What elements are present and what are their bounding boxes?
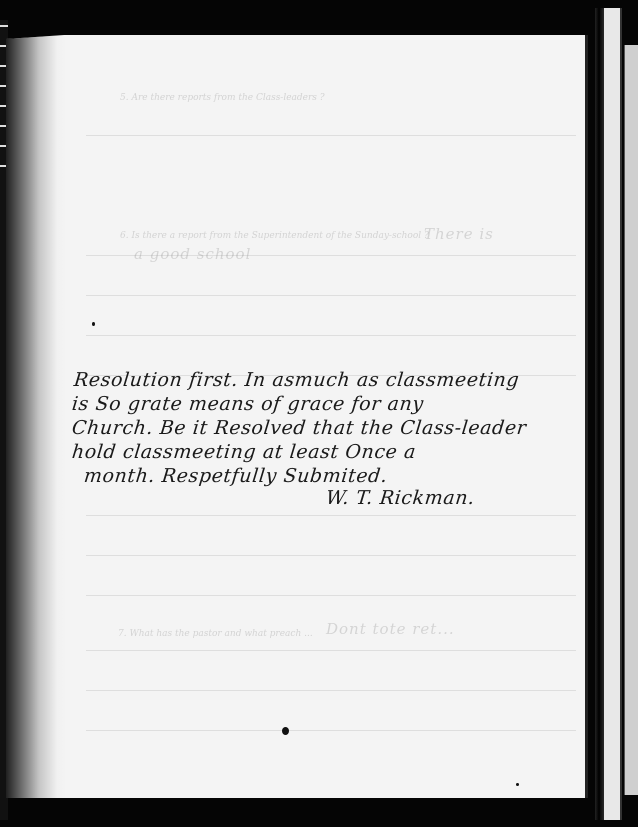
resolution-line-5: month. Respetfully Submited. xyxy=(83,465,389,487)
question-text: What has the pastor and what preach ... xyxy=(129,629,312,639)
ruled-line xyxy=(86,730,576,731)
page-right-edge xyxy=(585,35,588,798)
question-number: 6. xyxy=(120,231,129,241)
faint-answer: a good school xyxy=(134,245,251,263)
signature: W. T. Rickman. xyxy=(325,487,476,509)
resolution-line-3: Church. Be it Resolved that the Class-le… xyxy=(71,417,528,439)
ruled-line xyxy=(86,650,576,651)
faint-answer: Dont tote ret... xyxy=(326,620,455,638)
ledger-page: 5. Are there reports from the Class-lead… xyxy=(6,35,588,798)
ink-speck xyxy=(92,322,95,326)
question-number: 7. xyxy=(118,629,127,639)
resolution-line-4: hold classmeeting at least Once a xyxy=(71,441,417,463)
question-text: Is there a report from the Superintenden… xyxy=(131,231,428,241)
resolution-line-2: is So grate means of grace for any xyxy=(71,393,425,415)
printed-question-6: 6. Is there a report from the Superinten… xyxy=(120,231,429,241)
ruled-line xyxy=(86,515,576,516)
ruled-line xyxy=(86,135,576,136)
ink-speck xyxy=(516,783,519,786)
ruled-line xyxy=(86,335,576,336)
question-text: Are there reports from the Class-leaders… xyxy=(131,93,324,103)
binding-tick xyxy=(0,25,8,27)
page-stack-edge xyxy=(604,8,622,820)
question-number: 5. xyxy=(120,93,129,103)
gutter-shadow xyxy=(6,35,66,798)
ruled-line xyxy=(86,295,576,296)
ruled-line xyxy=(86,595,576,596)
ink-blot xyxy=(282,727,289,735)
ruled-line xyxy=(86,690,576,691)
resolution-line-1: Resolution first. In asmuch as classmeet… xyxy=(73,369,521,391)
printed-question-7: 7. What has the pastor and what preach .… xyxy=(118,629,313,639)
ruled-line xyxy=(86,555,576,556)
page-stack-edge-outer xyxy=(624,45,638,795)
printed-question-5: 5. Are there reports from the Class-lead… xyxy=(120,93,325,103)
faint-answer: There is xyxy=(424,225,494,243)
